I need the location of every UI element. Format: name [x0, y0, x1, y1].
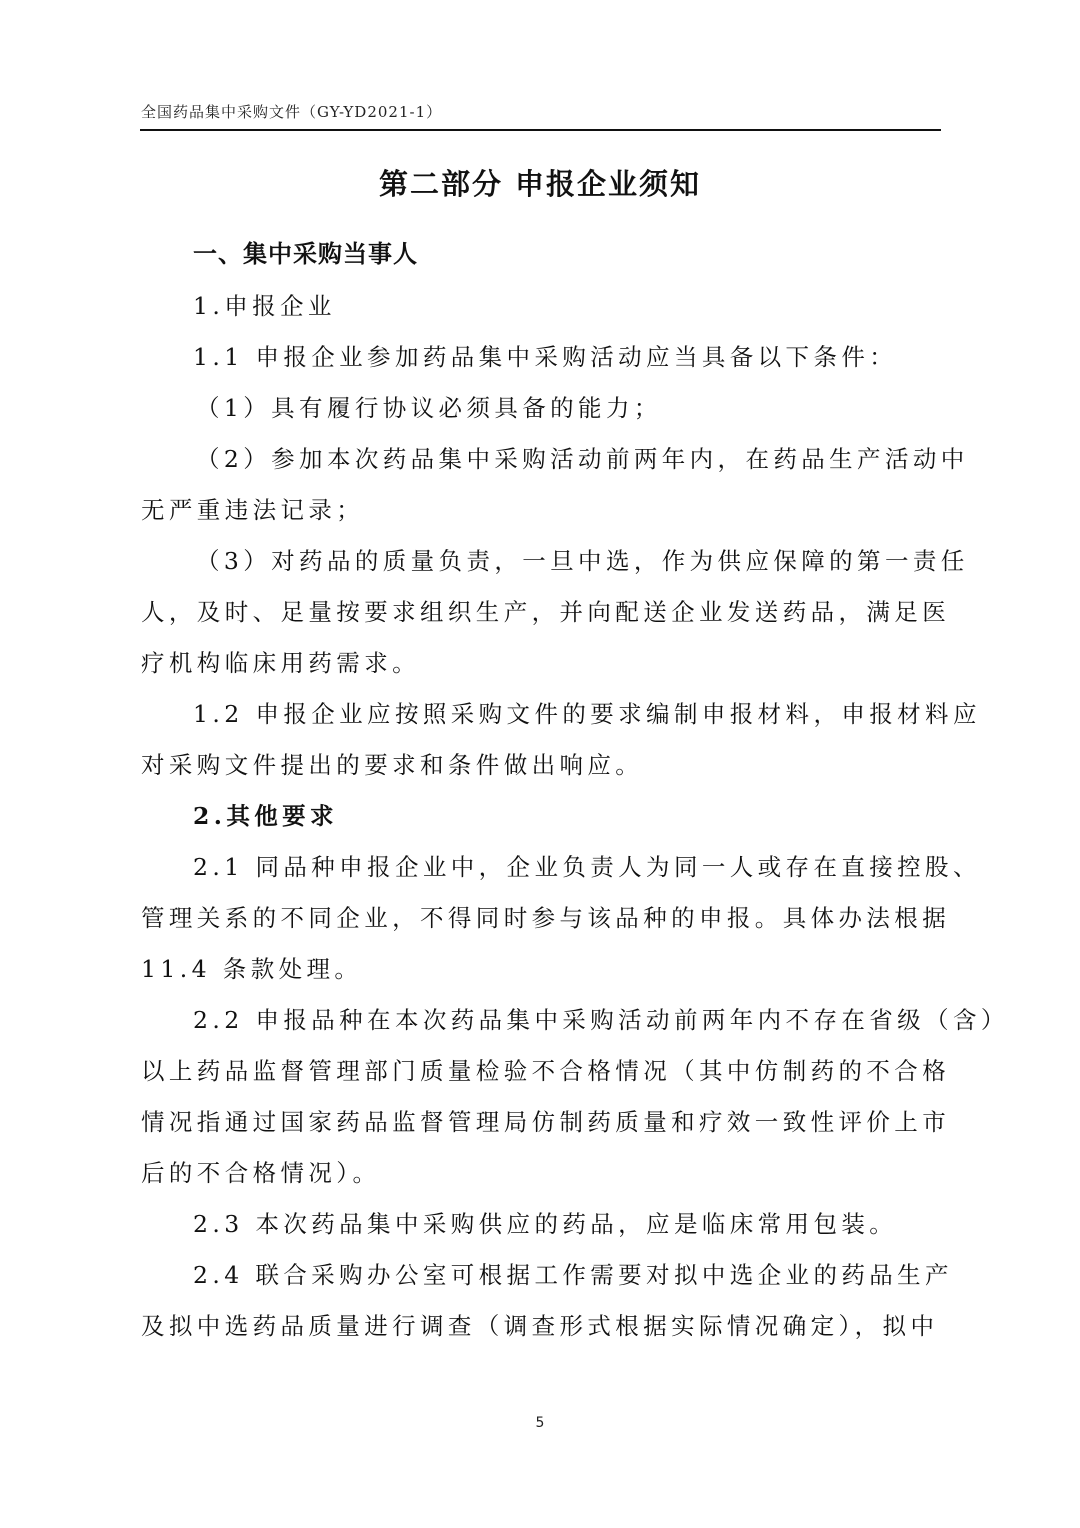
subsection-heading-2: 2.其他要求: [193, 797, 993, 831]
list-item-1: （1）具有履行协议必须具备的能力；: [196, 389, 996, 423]
paragraph-2-1-line-3: 11.4 条款处理。: [141, 950, 941, 984]
paragraph-2-3: 2.3 本次药品集中采购供应的药品，应是临床常用包装。: [193, 1205, 993, 1239]
list-item-2-line-1: （2）参加本次药品集中采购活动前两年内，在药品生产活动中: [196, 440, 996, 474]
paragraph-2-4-line-2: 及拟中选药品质量进行调查（调查形式根据实际情况确定），拟中: [141, 1307, 941, 1341]
paragraph-2-2-line-1: 2.2 申报品种在本次药品集中采购活动前两年内不存在省级（含）: [193, 1001, 993, 1035]
paragraph-1-2-line-2: 对采购文件提出的要求和条件做出响应。: [141, 746, 941, 780]
part-title: 第二部分 申报企业须知: [0, 162, 1080, 203]
subsection-heading-1: 1.申报企业: [193, 287, 993, 321]
list-item-2-line-2: 无严重违法记录；: [141, 491, 941, 525]
paragraph-1-2-line-1: 1.2 申报企业应按照采购文件的要求编制申报材料，申报材料应: [193, 695, 993, 729]
paragraph-2-4-line-1: 2.4 联合采购办公室可根据工作需要对拟中选企业的药品生产: [193, 1256, 993, 1290]
paragraph-1-1: 1.1 申报企业参加药品集中采购活动应当具备以下条件：: [193, 338, 993, 372]
paragraph-2-1-line-2: 管理关系的不同企业，不得同时参与该品种的申报。具体办法根据: [141, 899, 941, 933]
paragraph-2-1-line-1: 2.1 同品种申报企业中，企业负责人为同一人或存在直接控股、: [193, 848, 993, 882]
page-number: 5: [0, 1415, 1080, 1431]
running-header-title: 全国药品集中采购文件（GY-YD2021-1）: [141, 101, 442, 122]
list-item-3-line-3: 疗机构临床用药需求。: [141, 644, 941, 678]
section-heading-1: 一、集中采购当事人: [193, 234, 993, 269]
header-divider: [140, 129, 941, 131]
paragraph-2-2-line-3: 情况指通过国家药品监督管理局仿制药质量和疗效一致性评价上市: [141, 1103, 941, 1137]
list-item-3-line-2: 人，及时、足量按要求组织生产，并向配送企业发送药品，满足医: [141, 593, 941, 627]
paragraph-2-2-line-4: 后的不合格情况）。: [141, 1154, 941, 1188]
paragraph-2-2-line-2: 以上药品监督管理部门质量检验不合格情况（其中仿制药的不合格: [141, 1052, 941, 1086]
list-item-3-line-1: （3）对药品的质量负责，一旦中选，作为供应保障的第一责任: [196, 542, 996, 576]
